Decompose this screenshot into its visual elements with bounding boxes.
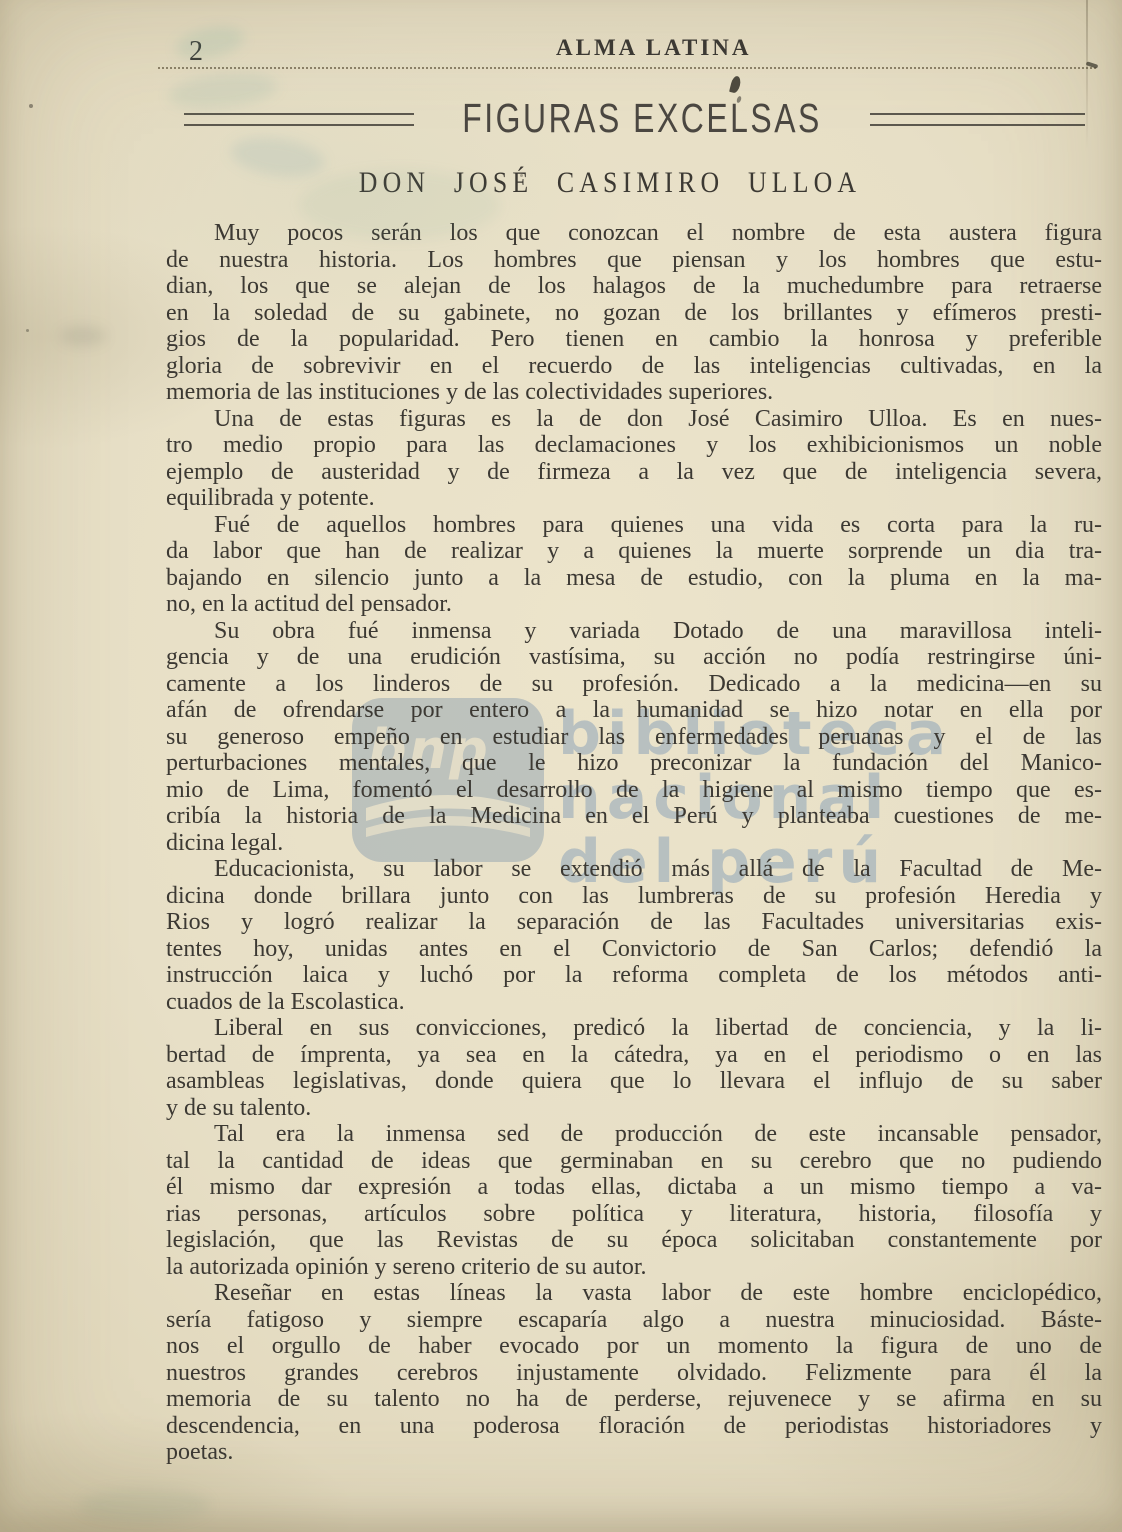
section-title: FIGURAS EXCELSAS xyxy=(462,96,822,142)
text-line: dicina legal. xyxy=(166,830,1102,857)
text-line: de nuestra historia. Los hombres que pie… xyxy=(166,247,1102,274)
text-line: dian, los que se alejan de los halagos d… xyxy=(166,273,1102,300)
text-line: Liberal en sus convicciones, predicó la … xyxy=(166,1015,1102,1042)
section-rule-left xyxy=(184,113,414,126)
paragraph: Tal era la inmensa sed de producción de … xyxy=(166,1121,1102,1280)
text-line: tentes hoy, unidas antes en el Convictor… xyxy=(166,936,1102,963)
text-line: cribía la historia de la Medicina en el … xyxy=(166,803,1102,830)
text-line: asambleas legislativas, donde quiera que… xyxy=(166,1068,1102,1095)
text-line: Rios y logró realizar la separación de l… xyxy=(166,909,1102,936)
text-line: él mismo dar expresión a todas ellas, di… xyxy=(166,1174,1102,1201)
text-line: legislación, que las Revistas de su époc… xyxy=(166,1227,1102,1254)
paragraph: Muy pocos serán los que conozcan el nomb… xyxy=(166,220,1102,406)
page-number: 2 xyxy=(189,36,204,68)
text-line: la autorizada opinión y sereno criterio … xyxy=(166,1254,1102,1281)
text-line: sería fatigoso y siempre escaparía algo … xyxy=(166,1307,1102,1334)
text-line: ejemplo de austeridad y de firmeza a la … xyxy=(166,459,1102,486)
paper-stain xyxy=(60,326,106,346)
text-line: Muy pocos serán los que conozcan el nomb… xyxy=(166,220,1102,247)
header-rule xyxy=(158,67,1096,69)
text-line: perturbaciones mentales, que le hizo pre… xyxy=(166,750,1102,777)
article-title: DON JOSÉ CASIMIRO ULLOA xyxy=(170,166,1051,200)
pencil-smudge xyxy=(173,21,248,65)
text-line: tro medio propio para las declamaciones … xyxy=(166,432,1102,459)
section-rule-right xyxy=(870,113,1085,126)
text-line: Tal era la inmensa sed de producción de … xyxy=(166,1121,1102,1148)
text-line: Reseñar en estas líneas la vasta labor d… xyxy=(166,1280,1102,1307)
text-line: gloria de sobrevivir en el recuerdo de l… xyxy=(166,353,1102,380)
text-line: no, en la actitud del pensador. xyxy=(166,591,1102,618)
text-line: gios de la popularidad. Pero tienen en c… xyxy=(166,326,1102,353)
text-line: en la soledad de su gabinete, no gozan d… xyxy=(166,300,1102,327)
text-line: memoria de su talento no ha de perderse,… xyxy=(166,1386,1102,1413)
text-line: equilibrada y potente. xyxy=(166,485,1102,512)
paragraph: Una de estas figuras es la de don José C… xyxy=(166,406,1102,512)
text-line: da labor que han de realizar y a quienes… xyxy=(166,538,1102,565)
ink-speck xyxy=(26,329,29,332)
text-line: instrucción laica y luchó por la reforma… xyxy=(166,962,1102,989)
text-line: Una de estas figuras es la de don José C… xyxy=(166,406,1102,433)
text-line: su generoso empeño en estudiar las enfer… xyxy=(166,724,1102,751)
journal-title: ALMA LATINA xyxy=(556,35,752,61)
paragraph: Fué de aquellos hombres para quienes una… xyxy=(166,512,1102,618)
text-line: Su obra fué inmensa y variada Dotado de … xyxy=(166,618,1102,645)
ink-smudge xyxy=(729,75,742,94)
text-line: mio de Lima, fomentó el desarrollo de la… xyxy=(166,777,1102,804)
text-line: y de su talento. xyxy=(166,1095,1102,1122)
text-line: camente a los linderos de su profesión. … xyxy=(166,671,1102,698)
scanned-magazine-page: bnp biblioteca nacional del perú 2 ALMA … xyxy=(0,0,1122,1532)
text-line: rias personas, artículos sobre política … xyxy=(166,1201,1102,1228)
text-line: bajando en silencio junto a la mesa de e… xyxy=(166,565,1102,592)
text-line: tal la cantidad de ideas que germinaban … xyxy=(166,1148,1102,1175)
page-crease xyxy=(1086,0,1088,150)
text-line: nuestros grandes cerebros injustamente o… xyxy=(166,1360,1102,1387)
ink-speck xyxy=(29,104,33,108)
paragraph: Educacionista, su labor se extendió más … xyxy=(166,856,1102,1015)
article-body: Muy pocos serán los que conozcan el nomb… xyxy=(166,220,1102,1466)
paper-stain xyxy=(80,1488,210,1522)
text-line: poetas. xyxy=(166,1439,1102,1466)
text-line: cuados de la Escolastica. xyxy=(166,989,1102,1016)
text-line: gencia y de una erudición vastísima, su … xyxy=(166,644,1102,671)
text-line: descendencia, en una poderosa floración … xyxy=(166,1413,1102,1440)
text-line: nos el orgullo de haber evocado por un m… xyxy=(166,1333,1102,1360)
text-line: afán de ofrendarse por entero a la human… xyxy=(166,697,1102,724)
text-line: memoria de las instituciones y de las co… xyxy=(166,379,1102,406)
text-line: Fué de aquellos hombres para quienes una… xyxy=(166,512,1102,539)
section-banner: FIGURAS EXCELSAS xyxy=(184,97,1085,141)
text-line: bertad de ímprenta, ya sea en la cátedra… xyxy=(166,1042,1102,1069)
text-line: Educacionista, su labor se extendió más … xyxy=(166,856,1102,883)
paragraph: Liberal en sus convicciones, predicó la … xyxy=(166,1015,1102,1121)
paragraph: Su obra fué inmensa y variada Dotado de … xyxy=(166,618,1102,857)
paragraph: Reseñar en estas líneas la vasta labor d… xyxy=(166,1280,1102,1466)
text-line: dicina donde brillara junto con las lumb… xyxy=(166,883,1102,910)
